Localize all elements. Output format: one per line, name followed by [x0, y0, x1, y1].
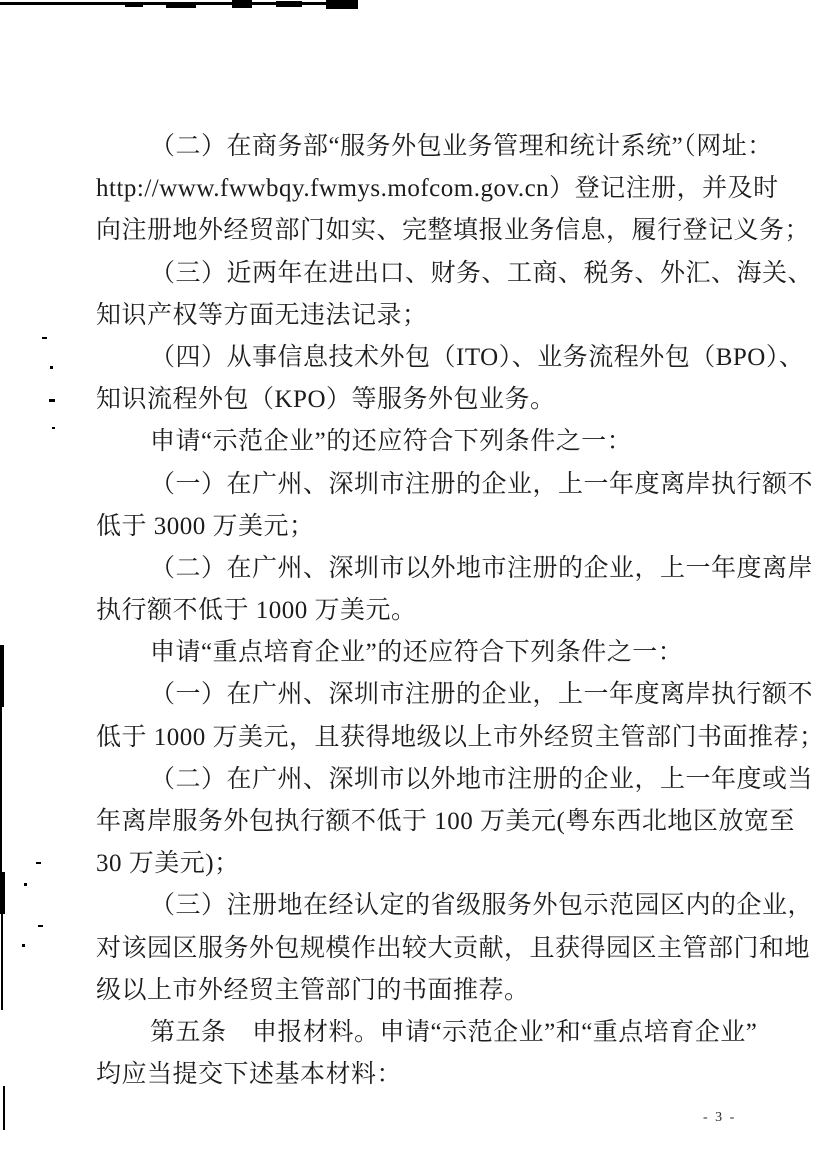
document-line: （一）在广州、深圳市注册的企业，上一年度离岸执行额不 — [96, 464, 756, 506]
scan-artifact-speck — [38, 925, 43, 927]
document-line: （三）注册地在经认定的省级服务外包示范园区内的企业， — [96, 885, 756, 927]
document-line: 年离岸服务外包执行额不低于 100 万美元(粤东西北地区放宽至 — [96, 801, 756, 843]
document-line: 均应当提交下述基本材料： — [96, 1054, 756, 1096]
document-line: （四）从事信息技术外包（ITO）、业务流程外包（BPO）、 — [96, 337, 756, 379]
scan-artifact-top-strip — [232, 0, 252, 8]
document-line: 向注册地外经贸部门如实、完整填报业务信息，履行登记义务； — [96, 210, 756, 252]
document-text-block: （二）在商务部“服务外包业务管理和统计系统”（网址： http://www.fw… — [96, 126, 756, 1096]
scan-artifact-speck — [50, 366, 53, 369]
scan-artifact-top-strip — [125, 2, 143, 7]
scan-artifact-speck — [22, 944, 25, 947]
scan-artifact-speck — [49, 399, 55, 402]
document-line: 对该园区服务外包规模作出较大贡献，且获得园区主管部门和地 — [96, 928, 756, 970]
scan-artifact-speck — [36, 862, 41, 864]
document-line: （一）在广州、深圳市注册的企业，上一年度离岸执行额不 — [96, 674, 756, 716]
scan-artifact-left-line — [0, 872, 5, 914]
document-line: 第五条 申报材料。申请“示范企业”和“重点培育企业” — [96, 1012, 756, 1054]
document-line: 申请“重点培育企业”的还应符合下列条件之一： — [96, 632, 756, 674]
scan-artifact-top-strip — [326, 0, 358, 9]
scan-artifact-left-line — [3, 1086, 5, 1130]
scan-artifact-top-strip — [166, 2, 196, 8]
scan-artifact-speck — [42, 337, 47, 339]
document-line: 低于 3000 万美元； — [96, 506, 756, 548]
document-line: 级以上市外经贸主管部门的书面推荐。 — [96, 970, 756, 1012]
document-line: 申请“示范企业”的还应符合下列条件之一： — [96, 421, 756, 463]
document-line: （三）近两年在进出口、财务、工商、税务、外汇、海关、 — [96, 253, 756, 295]
document-line: 知识流程外包（KPO）等服务外包业务。 — [96, 379, 756, 421]
document-line: 低于 1000 万美元，且获得地级以上市外经贸主管部门书面推荐； — [96, 717, 756, 759]
scan-artifact-speck — [24, 883, 27, 886]
document-line: http://www.fwwbqy.fwmys.mofcom.gov.cn）登记… — [96, 168, 756, 210]
document-line: （二）在商务部“服务外包业务管理和统计系统”（网址： — [96, 126, 756, 168]
document-line: 执行额不低于 1000 万美元。 — [96, 590, 756, 632]
document-line: （二）在广州、深圳市以外地市注册的企业，上一年度离岸 — [96, 548, 756, 590]
document-line: 30 万美元)； — [96, 843, 756, 885]
scan-artifact-left-line — [1, 914, 3, 1010]
scan-artifact-left-line — [0, 645, 4, 707]
document-line: （二）在广州、深圳市以外地市注册的企业，上一年度或当 — [96, 759, 756, 801]
scan-artifact-speck — [52, 427, 55, 429]
scan-artifact-left-line — [0, 707, 2, 875]
page-number: - 3 - — [703, 1110, 736, 1126]
document-line: 知识产权等方面无违法记录； — [96, 295, 756, 337]
scanned-document-page: （二）在商务部“服务外包业务管理和统计系统”（网址： http://www.fw… — [0, 0, 825, 1174]
scan-artifact-top-strip — [276, 1, 302, 7]
